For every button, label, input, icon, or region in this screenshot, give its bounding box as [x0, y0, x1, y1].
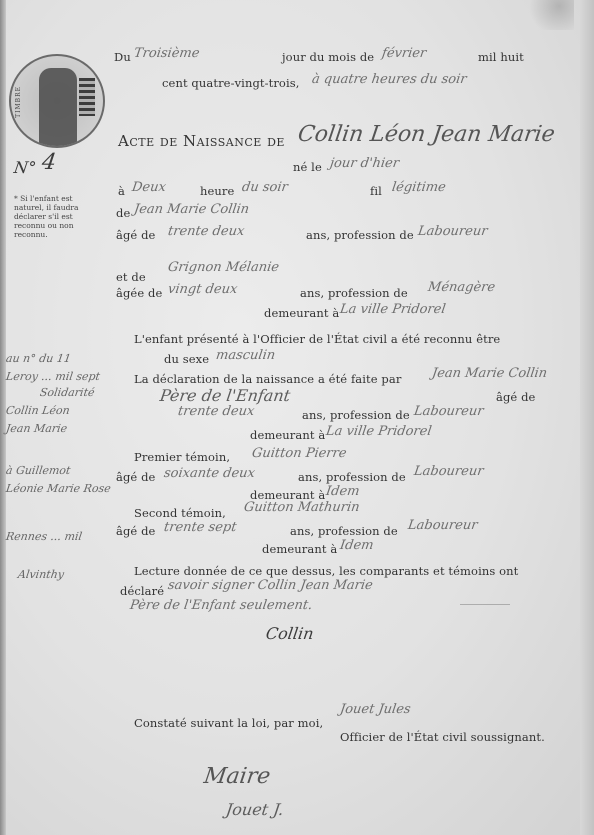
date-prefix: Du — [114, 50, 131, 64]
page-stain — [524, 0, 574, 30]
presentation-text: L'enfant présenté à l'Officier de l'État… — [134, 332, 500, 346]
end-rule — [460, 604, 510, 605]
margin-mention-line: au n° du 11 — [5, 352, 72, 365]
officer-label: Officier de l'État civil soussignant. — [340, 730, 545, 744]
margin-mention-line: Léonie Marie Rose — [5, 482, 112, 495]
residence-handwritten: La ville Pridorel — [339, 302, 447, 317]
document-page: Du Troisième jour du mois de février mil… — [0, 0, 594, 835]
year-continuation: cent quatre-vingt-trois, — [162, 76, 300, 90]
day-handwritten: Troisième — [133, 46, 201, 61]
margin-mention-line: Collin Léon — [5, 404, 71, 417]
sex-label: du sexe — [164, 352, 209, 366]
residence-label: demeurant à — [264, 306, 339, 320]
stamp-figure — [39, 68, 77, 146]
officer-name-handwritten: Jouet Jules — [339, 702, 412, 717]
father-profession-handwritten: Laboureur — [417, 224, 489, 239]
witness2-residence-label: demeurant à — [262, 542, 337, 556]
time-handwritten: à quatre heures du soir — [311, 72, 468, 87]
declarant-age-handwritten: trente deux — [177, 404, 255, 419]
witness1-age-label: âgé de — [116, 470, 155, 484]
witness1-residence-handwritten: Idem — [325, 484, 361, 499]
filiation-handwritten: légitime — [391, 180, 447, 195]
mother-profession-handwritten: Ménagère — [427, 280, 496, 295]
year-start: mil huit — [478, 50, 524, 64]
child-name-handwritten: Collin Léon Jean Marie — [296, 122, 556, 147]
witness2-age-suffix: ans, profession de — [290, 524, 398, 538]
page-right-edge — [580, 0, 594, 835]
witness2-profession-handwritten: Laboureur — [407, 518, 479, 533]
declarant-age-label: âgé de — [496, 390, 535, 404]
witness2-residence-handwritten: Idem — [339, 538, 375, 553]
acte-title: Acte de Naissance de — [118, 132, 285, 150]
hour-period-handwritten: du soir — [241, 180, 289, 195]
father-age-suffix: ans, profession de — [306, 228, 414, 242]
margin-signature: Alvinthy — [17, 568, 65, 581]
maire-handwritten: Maire — [202, 764, 272, 789]
witness2-age-label: âgé de — [116, 524, 155, 538]
hour-handwritten: Deux — [131, 180, 167, 195]
witness2-label: Second témoin, — [134, 506, 226, 520]
mother-age-handwritten: vingt deux — [167, 282, 238, 297]
day-label: jour du mois de — [282, 50, 374, 64]
declarant-relation-handwritten: Père de l'Enfant — [159, 386, 292, 405]
margin-mention-line: à Guillemot — [5, 464, 71, 477]
hour-prefix: à — [118, 184, 125, 198]
declarant-residence-label: demeurant à — [250, 428, 325, 442]
act-number-value: 4 — [40, 150, 58, 175]
father-age-label: âgé de — [116, 228, 155, 242]
margin-mention-line: Rennes ... mil — [5, 530, 83, 543]
father-name-handwritten: Jean Marie Collin — [133, 202, 250, 217]
witness1-profession-handwritten: Laboureur — [413, 464, 485, 479]
witness1-age-suffix: ans, profession de — [298, 470, 406, 484]
witness1-label: Premier témoin, — [134, 450, 230, 464]
constate-text: Constaté suivant la loi, par moi, — [134, 716, 323, 730]
margin-mention-line: Jean Marie — [5, 422, 68, 435]
mother-age-label: âgée de — [116, 286, 162, 300]
page-left-edge — [0, 0, 6, 835]
declarant-residence-handwritten: La ville Pridorel — [325, 424, 433, 439]
declared-handwritten-line1: savoir signer Collin Jean Marie — [167, 578, 374, 593]
declaration-label: La déclaration de la naissance a été fai… — [134, 372, 401, 386]
father-prefix: de — [116, 206, 130, 220]
declared-label: déclaré — [120, 584, 164, 598]
born-label: né le — [293, 160, 322, 174]
father-age-handwritten: trente deux — [167, 224, 245, 239]
declarant-profession-handwritten: Laboureur — [413, 404, 485, 419]
margin-mention-line: Leroy ... mil sept — [5, 370, 101, 383]
witness2-age-handwritten: trente sept — [163, 520, 238, 535]
stamp-scale — [79, 78, 95, 116]
margin-printed-note: * Si l'enfant est naturel, il faudra déc… — [14, 194, 96, 239]
declarant-age-suffix: ans, profession de — [302, 408, 410, 422]
mother-prefix: et de — [116, 270, 146, 284]
mother-name-handwritten: Grignon Mélanie — [167, 260, 280, 275]
declarant-name-handwritten: Jean Marie Collin — [431, 366, 548, 381]
witness1-name-handwritten: Guitton Pierre — [251, 446, 348, 461]
lecture-text: Lecture donnée de ce que dessus, les com… — [134, 564, 518, 578]
timbre-stamp: TIMBRE — [9, 54, 105, 148]
witness1-age-handwritten: soixante deux — [163, 466, 256, 481]
declared-handwritten-line2: Père de l'Enfant seulement. — [129, 598, 313, 613]
final-signature: Jouet J. — [225, 800, 285, 819]
hour-label: heure — [200, 184, 234, 198]
witness2-name-handwritten: Guitton Mathurin — [243, 500, 361, 515]
sex-handwritten: masculin — [215, 348, 276, 363]
stamp-text: TIMBRE — [15, 86, 22, 118]
mother-age-suffix: ans, profession de — [300, 286, 408, 300]
filiation-label: fil — [370, 184, 382, 198]
margin-mention-line: Solidarité — [39, 386, 95, 399]
act-number-label: N° — [13, 158, 38, 177]
month-handwritten: février — [381, 46, 427, 61]
born-handwritten: jour d'hier — [329, 156, 400, 171]
signature-collin: Collin — [265, 624, 315, 643]
